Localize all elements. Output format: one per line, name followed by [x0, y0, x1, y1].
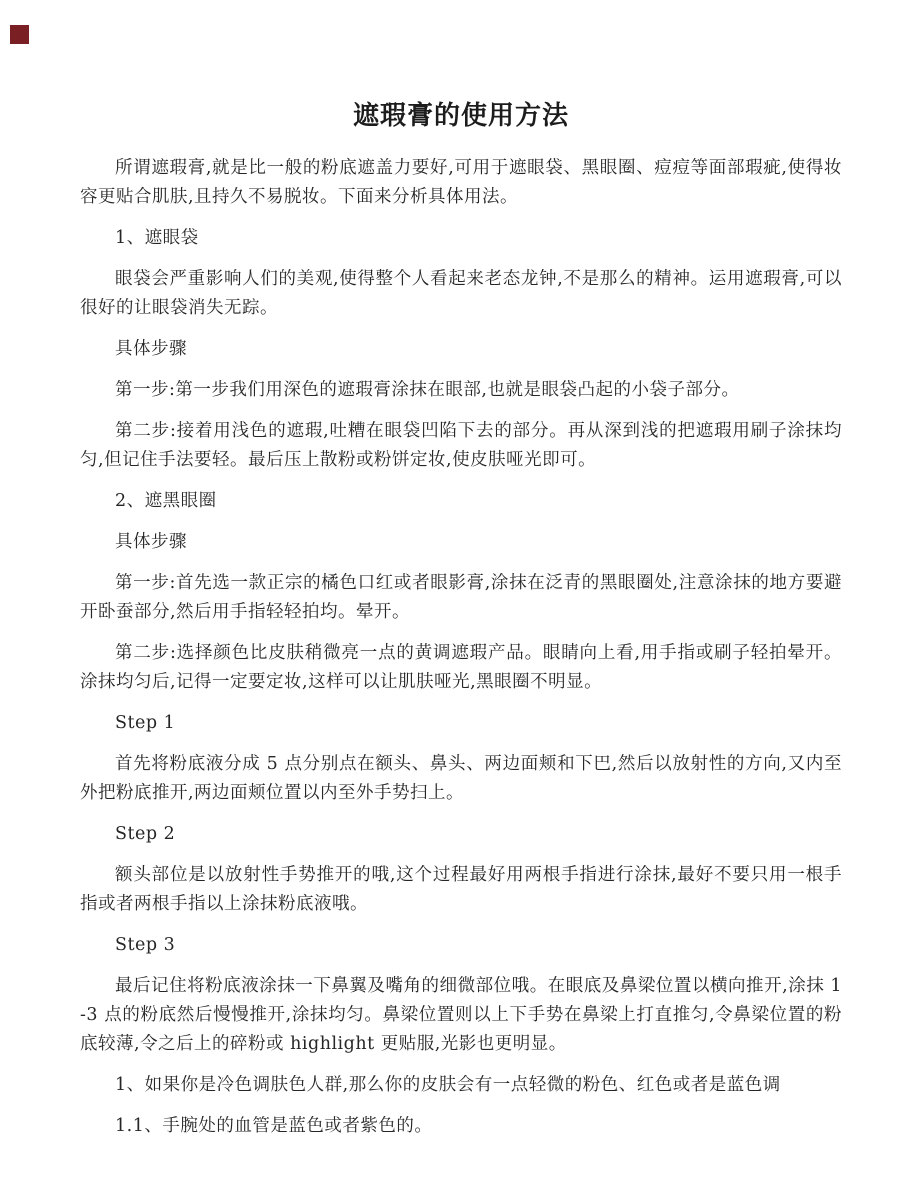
- paragraph-foundation-step3: 最后记住将粉底液涂抹一下鼻翼及嘴角的细微部位哦。在眼底及鼻梁位置以横向推开,涂抹…: [80, 972, 842, 1059]
- section-heading-dark-circle: 2、遮黑眼圈: [80, 487, 842, 516]
- section-heading-step-1: Step 1: [80, 709, 842, 738]
- paragraph-cool-tone: 1、如果你是冷色调肤色人群,那么你的皮肤会有一点轻微的粉色、红色或者是蓝色调: [80, 1071, 842, 1100]
- section-heading-steps-1: 具体步骤: [80, 335, 842, 364]
- paragraph-foundation-step2: 额头部位是以放射性手势推开的哦,这个过程最好用两根手指进行涂抹,最好不要只用一根…: [80, 861, 842, 919]
- paragraph-wrist-veins: 1.1、手腕处的血管是蓝色或者紫色的。: [80, 1112, 842, 1141]
- corner-marker-square: [10, 25, 29, 44]
- document-title: 遮瑕膏的使用方法: [80, 100, 842, 132]
- paragraph-step2-dark-circle: 第二步:选择颜色比皮肤稍微亮一点的黄调遮瑕产品。眼睛向上看,用手指或刷子轻拍晕开…: [80, 639, 842, 697]
- paragraph-intro: 所谓遮瑕膏,就是比一般的粉底遮盖力要好,可用于遮眼袋、黑眼圈、痘痘等面部瑕疵,使…: [80, 154, 842, 212]
- document-page: 遮瑕膏的使用方法 所谓遮瑕膏,就是比一般的粉底遮盖力要好,可用于遮眼袋、黑眼圈、…: [0, 0, 920, 1191]
- paragraph-foundation-step1: 首先将粉底液分成 5 点分别点在额头、鼻头、两边面颊和下巴,然后以放射性的方向,…: [80, 750, 842, 808]
- section-heading-steps-2: 具体步骤: [80, 528, 842, 557]
- section-heading-eye-bag: 1、遮眼袋: [80, 224, 842, 253]
- paragraph-eye-bag-intro: 眼袋会严重影响人们的美观,使得整个人看起来老态龙钟,不是那么的精神。运用遮瑕膏,…: [80, 265, 842, 323]
- paragraph-step1-eye-bag: 第一步:第一步我们用深色的遮瑕膏涂抹在眼部,也就是眼袋凸起的小袋子部分。: [80, 376, 842, 405]
- paragraph-step1-dark-circle: 第一步:首先选一款正宗的橘色口红或者眼影膏,涂抹在泛青的黑眼圈处,注意涂抹的地方…: [80, 569, 842, 627]
- section-heading-step-2: Step 2: [80, 820, 842, 849]
- paragraph-step2-eye-bag: 第二步:接着用浅色的遮瑕,吐糟在眼袋凹陷下去的部分。再从深到浅的把遮瑕用刷子涂抹…: [80, 417, 842, 475]
- section-heading-step-3: Step 3: [80, 931, 842, 960]
